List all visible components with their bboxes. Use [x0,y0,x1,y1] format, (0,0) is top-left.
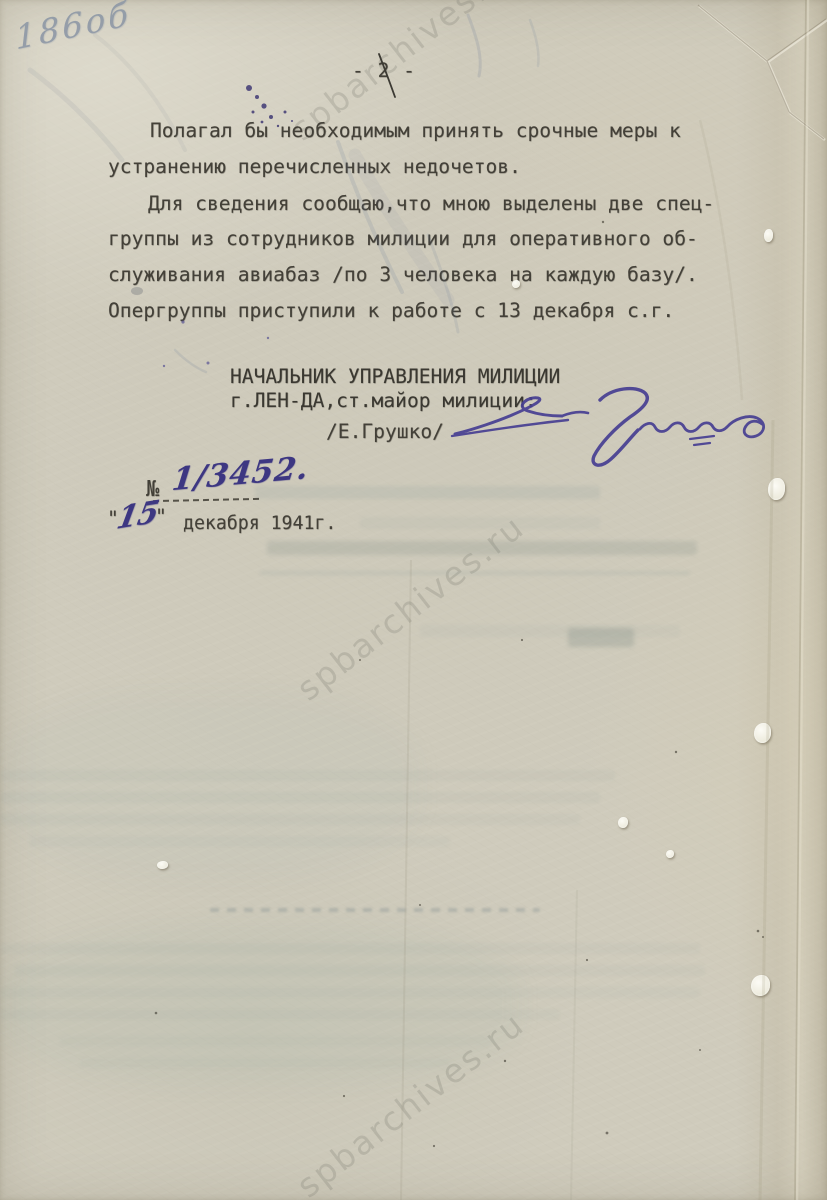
bleed-through-band [60,1036,490,1046]
typed-line: Для сведения сообщаю,что мною выделены д… [148,193,714,216]
paper-hole [618,817,628,828]
paper-hole [764,229,773,242]
date-text: декабря 1941г. [183,514,336,535]
bleed-through-band [255,486,600,499]
bleed-through-band [0,792,600,803]
bleed-through-band [0,770,615,781]
bleed-through-band [568,628,634,647]
paper-hole [666,850,674,858]
bleed-through-band [0,814,580,825]
signature-name: /Е.Грушко/ [326,421,444,444]
bleed-through-band [0,943,700,954]
bleed-through-band [420,625,680,637]
paper-hole [768,478,785,500]
typed-line: Опергруппы приступили к работе с 13 дека… [108,300,674,323]
ink-specks [163,320,269,367]
bleed-through-band [210,908,540,912]
typed-line: служивания авиабаз /по 3 человека на каж… [108,264,698,287]
typed-line: группы из сотрудников милиции для операт… [108,228,698,251]
bleed-through-band [0,1009,560,1020]
bleed-through-band [360,517,600,529]
date-quote-close: " [155,506,167,529]
ref-number-dashed-line [153,498,259,502]
paper-hole [157,861,168,869]
page-number: - 2 - [352,60,416,83]
bleed-through-band [30,836,450,847]
paper-hole [754,723,771,743]
bleed-tint-patch [0,690,420,880]
folio-note: 186об [14,0,132,57]
bleed-through-band [15,965,705,976]
bleed-through-band [260,571,690,575]
bleed-through-band [267,541,697,555]
typed-line: устранению перечисленных недочетов. [108,156,521,179]
signature-title-line2: г.ЛЕН-ДА,ст.майор милиции: [230,390,537,413]
typed-line: Полагал бы необходимым принять срочные м… [150,120,681,143]
bleed-through-band [0,987,700,998]
paper-hole [751,975,770,996]
document-sheet: spbarchives.ru spbarchives.ru spbarchive… [0,0,827,1200]
watermark-text-middle: spbarchives.ru [289,507,532,709]
bleed-through-band [80,1058,450,1068]
signature-title-line1: НАЧАЛЬНИК УПРАВЛЕНИЯ МИЛИЦИИ [230,366,560,389]
paper-hole [512,280,520,288]
